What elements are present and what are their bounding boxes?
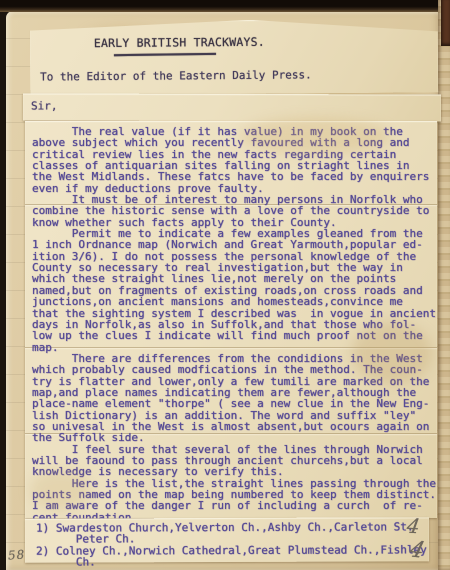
salutation: Sir, (31, 99, 58, 112)
trackway-list: 1) Swardeston Church,Yelverton Ch.,Ashby… (36, 521, 427, 568)
cover-corner (441, 0, 450, 46)
page-stack-edge (438, 0, 450, 570)
pasted-strip-title: EARLY BRITISH TRACKWAYS. To the Editor o… (30, 18, 439, 95)
book-binding-top (0, 0, 450, 12)
pasted-strip-body: The real value (if it has value) in my b… (25, 121, 437, 518)
letter-body: The real value (if it has value) in my b… (32, 126, 436, 523)
pasted-strip-list: 1) Swardeston Church,Yelverton Ch.,Ashby… (25, 517, 429, 562)
scrapbook-photo: EARLY BRITISH TRACKWAYS. To the Editor o… (0, 0, 450, 570)
title-underline (114, 53, 216, 56)
addressee-line: To the Editor of the Eastern Daily Press… (40, 68, 312, 83)
pencil-page-number: 58 (8, 547, 26, 562)
letter-title: EARLY BRITISH TRACKWAYS. (94, 35, 265, 50)
pasted-strip-salutation: Sir, (23, 93, 441, 121)
